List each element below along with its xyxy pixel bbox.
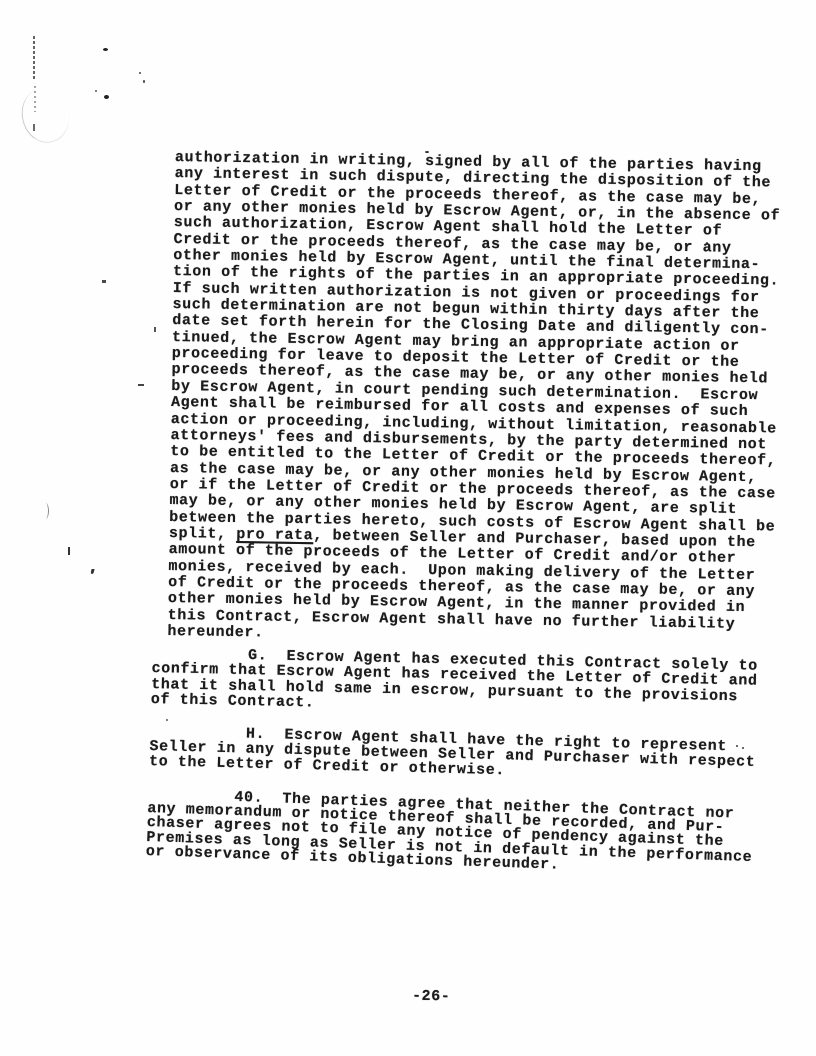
scan-artifact-dot	[95, 90, 97, 92]
scan-artifact-dash	[138, 384, 144, 386]
scan-artifact-tick	[154, 327, 156, 332]
scan-artifact-dot	[139, 72, 141, 74]
paragraph-clause-40: 40. The parties agree that neither the C…	[146, 788, 754, 879]
paragraph-clause-h: H. Escrow Agent shall have the right to …	[149, 725, 756, 785]
scan-artifact-dot	[143, 80, 145, 83]
underlined-phrase: pro rata	[236, 526, 313, 544]
paragraph-clause-g: G. Escrow Agent has executed this Contra…	[151, 646, 758, 720]
scan-artifact-comma	[90, 569, 94, 574]
scan-artifact-paren	[42, 503, 49, 519]
document-page: authorization in writing, signed by all …	[0, 0, 816, 1056]
scan-artifact-tick	[68, 547, 70, 555]
scan-artifact-vertical-line	[33, 36, 35, 80]
paragraph-continuation: authorization in writing, signed by all …	[167, 150, 781, 650]
scan-artifact-dot	[104, 95, 109, 99]
scan-artifact-mark	[102, 280, 106, 283]
scan-artifact-arc	[16, 83, 75, 148]
scan-artifact-dot	[103, 48, 108, 51]
scan-artifact-dot	[166, 719, 168, 721]
scan-artifact-tick	[33, 124, 35, 131]
page-number: -26-	[412, 988, 451, 1006]
